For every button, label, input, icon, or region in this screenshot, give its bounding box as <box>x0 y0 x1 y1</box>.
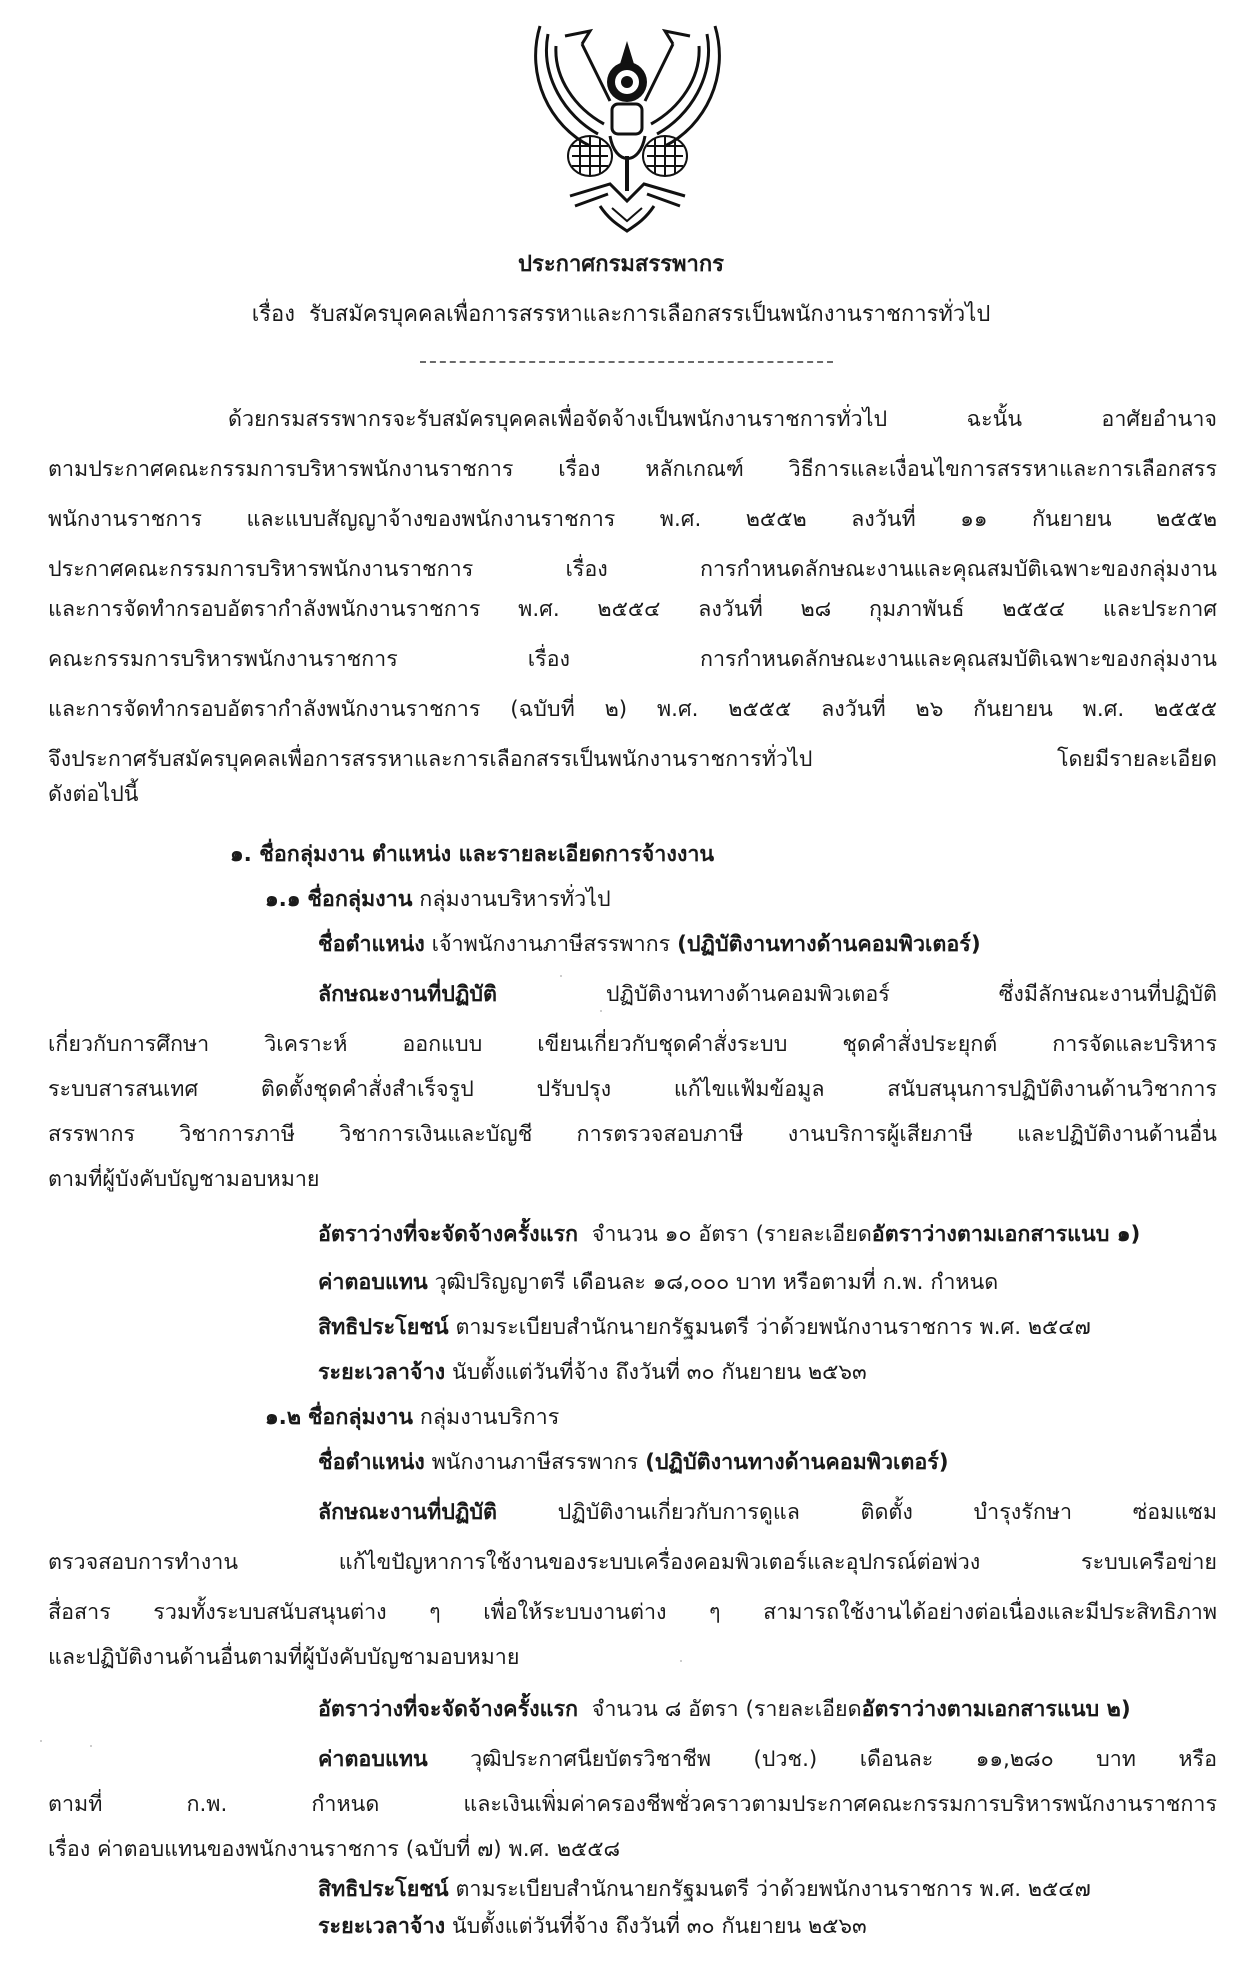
group-1-1-name: ๑.๑ ชื่อกลุ่มงาน กลุ่มงานบริหารทั่วไป <box>265 885 611 915</box>
document-page: ประกาศกรมสรรพากร เรื่อง รับสมัครบุคคลเพื… <box>0 0 1242 1964</box>
group-1-2-duty-line-1: ตรวจสอบการทำงาน แก้ไขปัญหาการใช้งานของระ… <box>48 1548 1217 1578</box>
term-value: นับตั้งแต่วันที่จ้าง ถึงวันที่ ๓๐ กันยาย… <box>452 1914 867 1939</box>
section-1-heading: ๑. ชื่อกลุ่มงาน ตำแหน่ง และรายละเอียดการ… <box>230 840 714 870</box>
heading-divider <box>420 361 833 363</box>
vacancy-value: จำนวน ๘ อัตรา (รายละเอียด <box>592 1697 862 1722</box>
group-1-1-duty-line-1: เกี่ยวกับการศึกษา วิเคราะห์ ออกแบบ เขียน… <box>48 1030 1217 1060</box>
group-1-1-pay: ค่าตอบแทน วุฒิปริญญาตรี เดือนละ ๑๘,๐๐๐ บ… <box>318 1268 998 1298</box>
benefit-value: ตามระเบียบสำนักนายกรัฐมนตรี ว่าด้วยพนักง… <box>455 1315 1090 1340</box>
duty-first: ปฏิบัติงานทางด้านคอมพิวเตอร์ ซึ่งมีลักษณ… <box>606 982 1217 1007</box>
group-1-2-duty-line-2: สื่อสาร รวมทั้งระบบสนับสนุนต่าง ๆ เพื่อใ… <box>48 1598 1217 1628</box>
group-1-1-benefit: สิทธิประโยชน์ ตามระเบียบสำนักนายกรัฐมนตร… <box>318 1313 1091 1343</box>
intro-line-4: ประกาศคณะกรรมการบริหารพนักงานราชการ เรื่… <box>48 555 1217 585</box>
group-1-2-pay-line-2: เรื่อง ค่าตอบแทนของพนักงานราชการ (ฉบับที… <box>48 1835 620 1865</box>
vacancy-label: อัตราว่างที่จะจัดจ้างครั้งแรก <box>318 1697 578 1722</box>
position-value: พนักงานภาษีสรรพากร <box>432 1450 639 1475</box>
intro-line-7: และการจัดทำกรอบอัตรากำลังพนักงานราชการ (… <box>48 695 1217 725</box>
group-label: ชื่อกลุ่มงาน <box>308 1405 413 1430</box>
group-1-2-duty: ลักษณะงานที่ปฏิบัติ ปฏิบัติงานเกี่ยวกับก… <box>318 1498 1217 1528</box>
position-value: เจ้าพนักงานภาษีสรรพากร <box>432 932 671 957</box>
intro-line-5: และการจัดทำกรอบอัตรากำลังพนักงานราชการ พ… <box>48 595 1217 625</box>
position-suffix: (ปฏิบัติงานทางด้านคอมพิวเตอร์) <box>677 932 981 957</box>
scan-speck <box>90 1745 92 1747</box>
term-label: ระยะเวลาจ้าง <box>318 1914 445 1939</box>
duty-label: ลักษณะงานที่ปฏิบัติ <box>318 982 497 1007</box>
intro-line-9: ดังต่อไปนี้ <box>48 780 139 810</box>
garuda-emblem-icon <box>520 16 735 234</box>
group-1-1-vacancy: อัตราว่างที่จะจัดจ้างครั้งแรก จำนวน ๑๐ อ… <box>318 1220 1140 1250</box>
group-number: ๑.๑ <box>265 887 300 912</box>
group-1-2-name: ๑.๒ ชื่อกลุ่มงาน กลุ่มงานบริการ <box>265 1403 559 1433</box>
scan-speck <box>40 1740 42 1742</box>
intro-line-1: ด้วยกรมสรรพากรจะรับสมัครบุคคลเพื่อจัดจ้า… <box>228 405 1217 435</box>
position-label: ชื่อตำแหน่ง <box>318 932 425 957</box>
term-value: นับตั้งแต่วันที่จ้าง ถึงวันที่ ๓๐ กันยาย… <box>452 1360 867 1385</box>
group-1-2-pay-line-1: ตามที่ ก.พ. กำหนด และเงินเพิ่มค่าครองชีพ… <box>48 1790 1217 1820</box>
benefit-value: ตามระเบียบสำนักนายกรัฐมนตรี ว่าด้วยพนักง… <box>455 1877 1090 1902</box>
group-value: กลุ่มงานบริหารทั่วไป <box>419 887 610 912</box>
pay-label: ค่าตอบแทน <box>318 1270 428 1295</box>
duty-label: ลักษณะงานที่ปฏิบัติ <box>318 1500 497 1525</box>
benefit-label: สิทธิประโยชน์ <box>318 1877 449 1902</box>
group-1-2-duty-line-3: และปฏิบัติงานด้านอื่นตามที่ผู้บังคับบัญช… <box>48 1643 519 1673</box>
document-heading: ประกาศกรมสรรพากร <box>0 250 1242 280</box>
group-1-2-vacancy: อัตราว่างที่จะจัดจ้างครั้งแรก จำนวน ๘ อั… <box>318 1695 1131 1725</box>
pay-label: ค่าตอบแทน <box>318 1747 428 1772</box>
position-suffix: (ปฏิบัติงานทางด้านคอมพิวเตอร์) <box>645 1450 949 1475</box>
pay-value: วุฒิประกาศนียบัตรวิชาชีพ (ปวช.) เดือนละ … <box>470 1747 1217 1772</box>
group-1-1-duty: ลักษณะงานที่ปฏิบัติ ปฏิบัติงานทางด้านคอม… <box>318 980 1217 1010</box>
scan-speck <box>600 1010 602 1012</box>
vacancy-label: อัตราว่างที่จะจัดจ้างครั้งแรก <box>318 1222 578 1247</box>
group-1-2-benefit: สิทธิประโยชน์ ตามระเบียบสำนักนายกรัฐมนตร… <box>318 1875 1091 1905</box>
pay-value: วุฒิปริญญาตรี เดือนละ ๑๘,๐๐๐ บาท หรือตาม… <box>435 1270 999 1295</box>
intro-line-2: ตามประกาศคณะกรรมการบริหารพนักงานราชการ เ… <box>48 455 1217 485</box>
vacancy-value: จำนวน ๑๐ อัตรา (รายละเอียด <box>592 1222 872 1247</box>
benefit-label: สิทธิประโยชน์ <box>318 1315 449 1340</box>
group-value: กลุ่มงานบริการ <box>420 1405 559 1430</box>
subject-label: เรื่อง <box>252 302 295 327</box>
position-label: ชื่อตำแหน่ง <box>318 1450 425 1475</box>
subject-text: รับสมัครบุคคลเพื่อการสรรหาและการเลือกสรร… <box>309 302 990 327</box>
term-label: ระยะเวลาจ้าง <box>318 1360 445 1385</box>
group-number: ๑.๒ <box>265 1405 301 1430</box>
intro-line-3: พนักงานราชการ และแบบสัญญาจ้างของพนักงานร… <box>48 505 1217 535</box>
group-1-1-duty-line-2: ระบบสารสนเทศ ติดตั้งชุดคำสั่งสำเร็จรูป ป… <box>48 1075 1217 1105</box>
group-1-1-duty-line-3: สรรพากร วิชาการภาษี วิชาการเงินและบัญชี … <box>48 1120 1217 1150</box>
group-1-1-duty-line-4: ตามที่ผู้บังคับบัญชามอบหมาย <box>48 1165 320 1195</box>
group-1-1-position: ชื่อตำแหน่ง เจ้าพนักงานภาษีสรรพากร (ปฏิบ… <box>318 930 981 960</box>
intro-line-8: จึงประกาศรับสมัครบุคคลเพื่อการสรรหาและกา… <box>48 745 1217 775</box>
intro-line-6: คณะกรรมการบริหารพนักงานราชการ เรื่อง การ… <box>48 645 1217 675</box>
scan-speck <box>680 1660 682 1662</box>
vacancy-ref: อัตราว่างตามเอกสารแนบ ๑) <box>872 1222 1141 1247</box>
group-label: ชื่อกลุ่มงาน <box>307 887 412 912</box>
group-1-2-term: ระยะเวลาจ้าง นับตั้งแต่วันที่จ้าง ถึงวัน… <box>318 1912 867 1942</box>
group-1-1-term: ระยะเวลาจ้าง นับตั้งแต่วันที่จ้าง ถึงวัน… <box>318 1358 867 1388</box>
vacancy-ref: อัตราว่างตามเอกสารแนบ ๒) <box>862 1697 1131 1722</box>
group-1-2-position: ชื่อตำแหน่ง พนักงานภาษีสรรพากร (ปฏิบัติง… <box>318 1448 949 1478</box>
scan-speck <box>560 975 562 977</box>
document-subject: เรื่อง รับสมัครบุคคลเพื่อการสรรหาและการเ… <box>0 300 1242 330</box>
group-1-2-pay: ค่าตอบแทน วุฒิประกาศนียบัตรวิชาชีพ (ปวช.… <box>318 1745 1217 1775</box>
duty-first: ปฏิบัติงานเกี่ยวกับการดูแล ติดตั้ง บำรุง… <box>558 1500 1217 1525</box>
